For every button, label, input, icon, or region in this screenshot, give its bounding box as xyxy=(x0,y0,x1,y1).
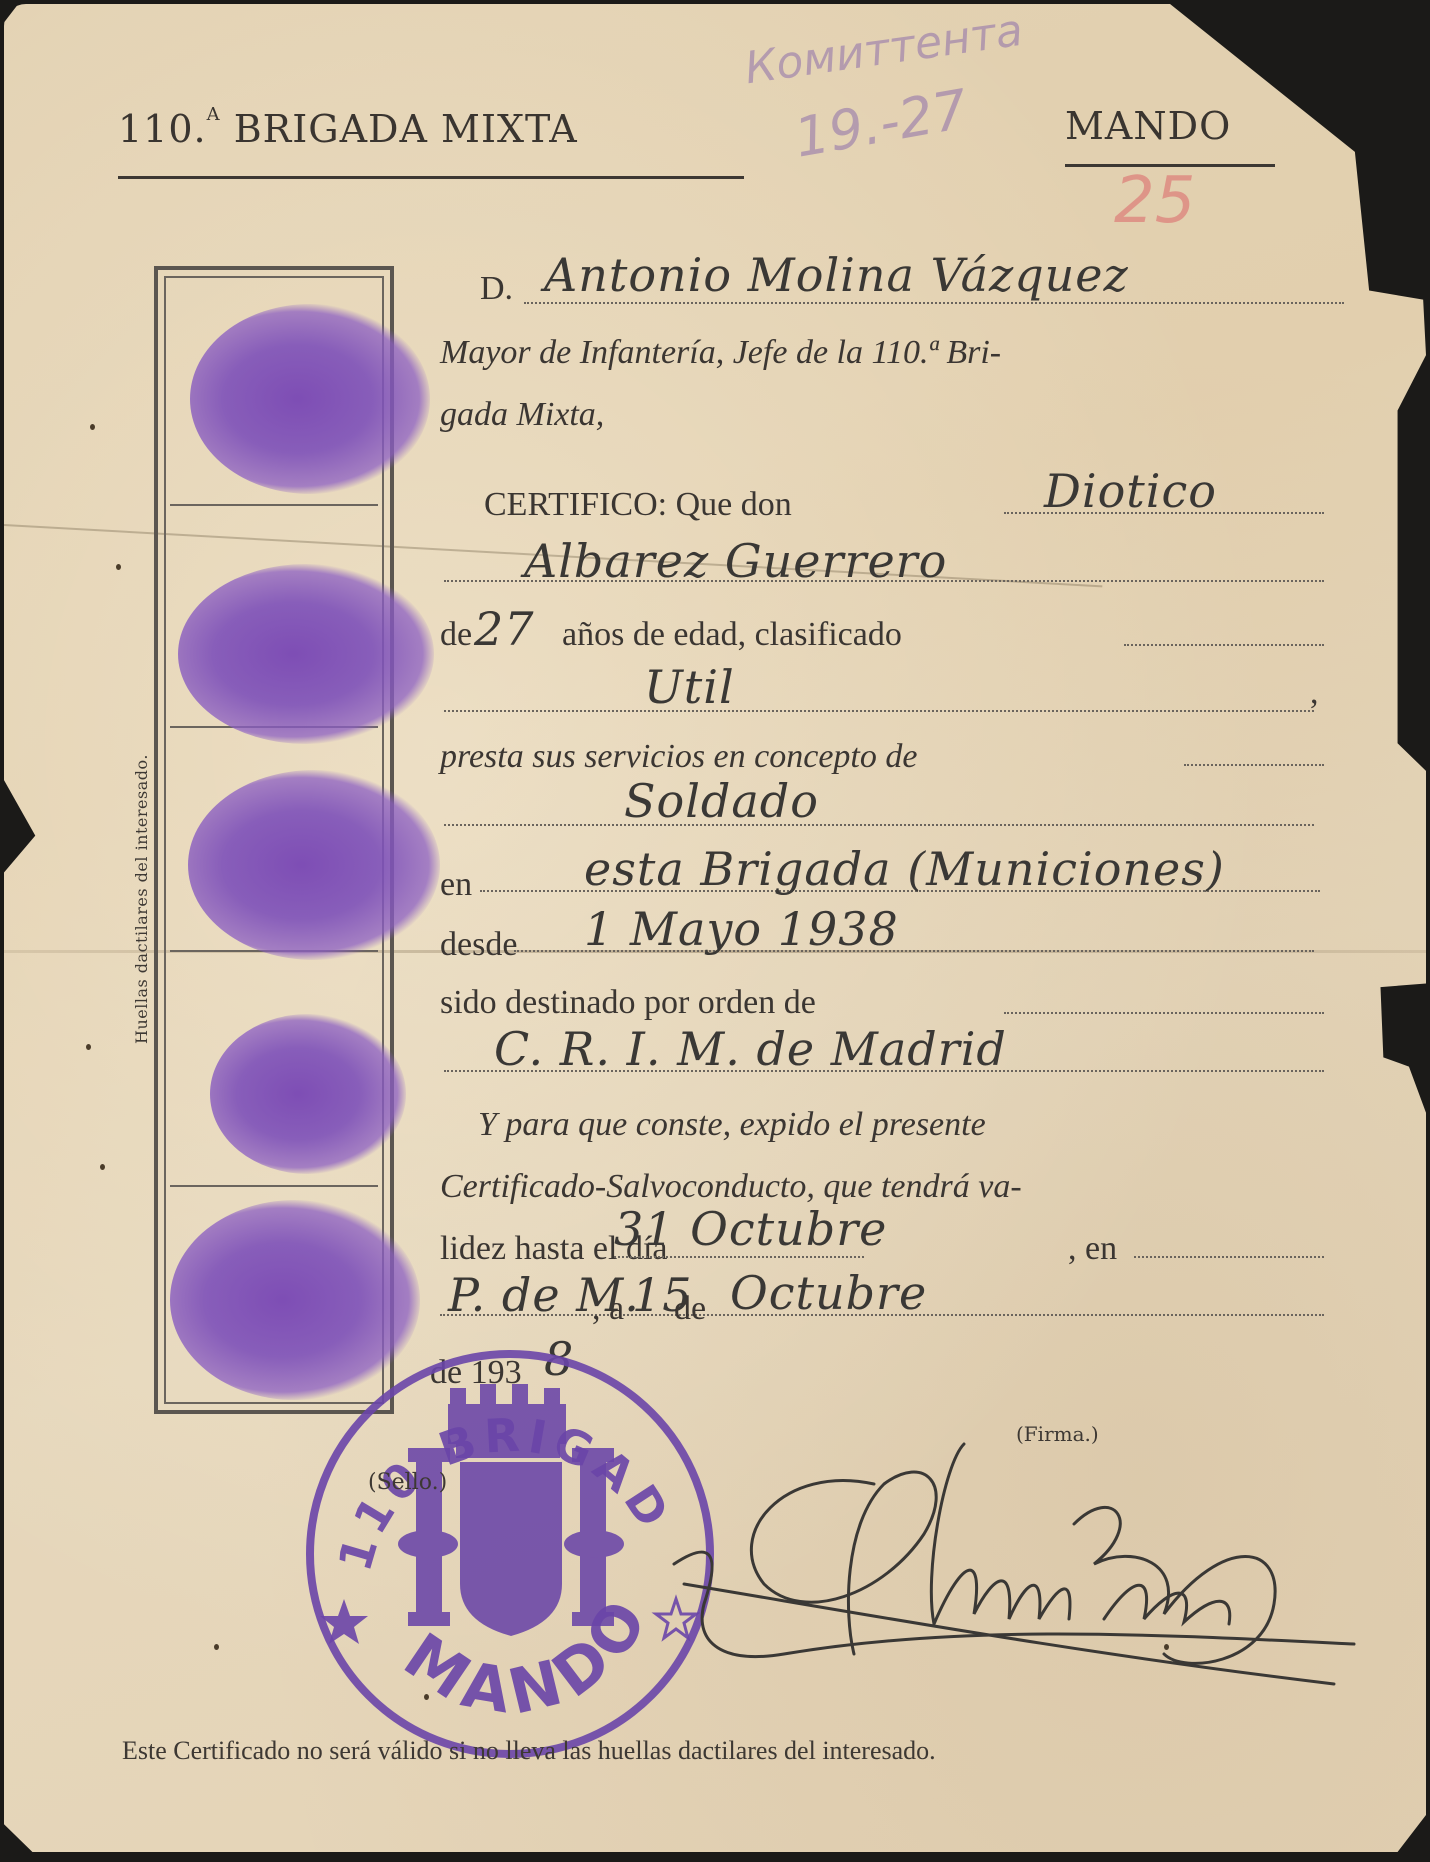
unit-superscript: A xyxy=(207,104,221,125)
punch-mark xyxy=(90,424,95,430)
validity-line3-suffix: , en xyxy=(1068,1230,1117,1268)
punch-mark xyxy=(116,564,121,570)
first-name: Diotico xyxy=(1044,464,1217,518)
surnames: Albarez Guerrero xyxy=(524,534,947,588)
pencil-annotation: Комиттента xyxy=(742,5,1026,94)
validity-line1: Y para que conste, expido el presente xyxy=(478,1106,986,1144)
dotted-line xyxy=(444,824,1314,826)
destination-label: sido destinado por orden de xyxy=(440,984,816,1022)
pencil-annotation-number: 19.-27 xyxy=(790,77,972,169)
punch-mark xyxy=(1164,1644,1169,1650)
punch-mark xyxy=(214,1644,219,1650)
desde-label: desde xyxy=(440,926,517,964)
red-pencil-mark: 25 xyxy=(1114,164,1195,238)
fingerprint-side-label: Huellas dactilares del interesado. xyxy=(132,754,151,1044)
issuer-title-line2: gada Mixta, xyxy=(440,396,604,434)
age-prefix: de xyxy=(440,616,472,654)
signature xyxy=(664,1424,1364,1724)
certifico-label: CERTIFICO: Que don xyxy=(484,486,792,524)
issue-month: Octubre xyxy=(730,1266,927,1320)
brigade-stamp: 110 BRIGADA MIXTA MANDO xyxy=(300,1344,720,1764)
certifico-word: CERTIFICO: xyxy=(484,486,667,523)
dotted-line xyxy=(1134,1256,1324,1258)
issuer-prefix: D. xyxy=(480,270,513,308)
unit-header: 110.A BRIGADA MIXTA xyxy=(118,104,578,151)
punch-mark xyxy=(86,1044,91,1050)
valid-until: 31 Octubre xyxy=(614,1202,887,1256)
fingerprint-divider xyxy=(170,504,378,506)
fingerprint-2 xyxy=(178,564,434,744)
issuer-name: Antonio Molina Vázquez xyxy=(544,248,1129,302)
fingerprint-divider xyxy=(170,1185,378,1187)
age-suffix: años de edad, clasificado xyxy=(562,616,902,654)
dotted-line xyxy=(1004,1012,1324,1014)
header-rule-left xyxy=(118,176,744,179)
ordered-by: C. R. I. M. de Madrid xyxy=(494,1022,1007,1076)
issuer-title-line1: Mayor de Infantería, Jefe de la 110.ª Br… xyxy=(440,334,1001,372)
validity-line2: Certificado-Salvoconducto, que tendrá va… xyxy=(440,1168,1022,1206)
unit-name: BRIGADA MIXTA xyxy=(234,107,578,151)
que-don-text: Que don xyxy=(676,486,792,523)
classification-comma: , xyxy=(1310,674,1319,712)
dotted-line xyxy=(614,1256,864,1258)
classification: Util xyxy=(644,660,735,714)
fingerprint-1 xyxy=(190,304,430,494)
fingerprint-3 xyxy=(188,770,440,960)
footer-note: Este Certificado no será válido si no ll… xyxy=(122,1736,936,1766)
fingerprint-4 xyxy=(210,1014,406,1174)
en-label: en xyxy=(440,866,472,904)
since-date: 1 Mayo 1938 xyxy=(584,902,899,956)
service-label: presta sus servicios en concepto de xyxy=(440,738,917,776)
certificate-paper: 110.A BRIGADA MIXTA MANDO Комиттента 19.… xyxy=(4,4,1426,1852)
dotted-line xyxy=(524,302,1344,304)
a-label: , a xyxy=(592,1290,624,1328)
service-role: Soldado xyxy=(624,774,819,828)
punch-mark xyxy=(424,1694,429,1700)
dotted-line xyxy=(444,710,1314,712)
seal-label: (Sello.) xyxy=(368,1470,447,1495)
age-value: 27 xyxy=(474,602,535,656)
section-header: MANDO xyxy=(1065,104,1231,148)
unit-assignment: esta Brigada (Municiones) xyxy=(584,842,1225,896)
dotted-line xyxy=(1124,644,1324,646)
coat-of-arms-icon xyxy=(398,1384,624,1636)
punch-mark xyxy=(100,1164,105,1170)
de-label: de xyxy=(674,1290,706,1328)
dotted-line xyxy=(1184,764,1324,766)
unit-number: 110. xyxy=(118,107,207,151)
